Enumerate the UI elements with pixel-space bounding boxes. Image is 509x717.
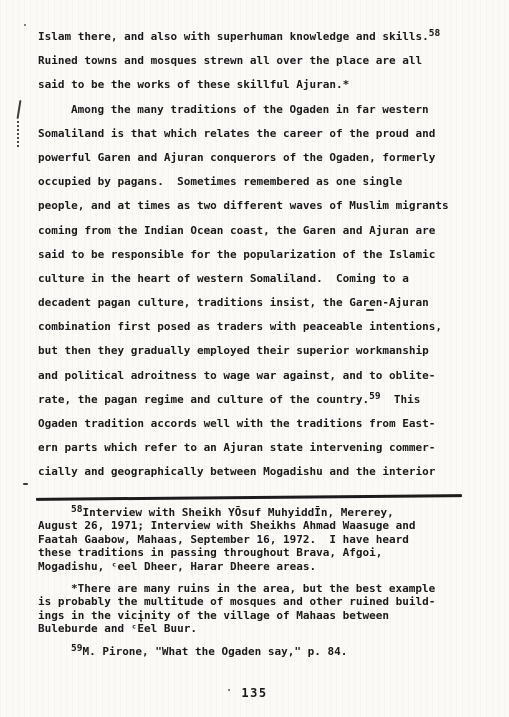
- footnote-ref: 59: [369, 391, 380, 402]
- text-line: Faatah Gaabow, Mahaas, September 16, 197…: [38, 533, 435, 546]
- text-line: culture in the heart of western Somalila…: [38, 267, 449, 291]
- text-line: Somaliland is that which relates the car…: [38, 122, 449, 146]
- body-text: Islam there, and also with superhuman kn…: [38, 25, 449, 485]
- footnote-ref: 58: [429, 28, 440, 39]
- footnote-ref: 58: [71, 504, 82, 515]
- text-line: coming from the Indian Ocean coast, the …: [38, 219, 449, 243]
- text-line: people, and at times as two different wa…: [38, 194, 449, 218]
- text-line: Buleburde and ᶜEel Buur.: [38, 622, 435, 635]
- text-line: these traditions in passing throughout B…: [38, 546, 435, 559]
- text-line: Among the many traditions of the Ogaden …: [38, 98, 449, 122]
- text-line: powerful Garen and Ajuran conquerors of …: [38, 146, 449, 170]
- text-line: Ogaden tradition accords well with the t…: [38, 412, 449, 436]
- scan-speck: [24, 24, 26, 26]
- text-line: *There are many ruins in the area, but t…: [38, 582, 435, 595]
- text-line: is probably the multitude of mosques and…: [38, 595, 435, 608]
- text-line: Islam there, and also with superhuman kn…: [38, 25, 449, 49]
- scan-speck: [23, 483, 28, 485]
- text-line: said to be responsible for the populariz…: [38, 243, 449, 267]
- footnotes: 58Interview with Sheikh YŌsuf MuhyiddĪn,…: [38, 506, 435, 667]
- text-line: 59M. Pirone, "What the Ogaden say," p. 8…: [38, 645, 435, 658]
- document-page: Islam there, and also with superhuman kn…: [0, 0, 509, 717]
- text-line: August 26, 1971; Interview with Sheikhs …: [38, 519, 435, 532]
- pencil-slash: [17, 100, 22, 119]
- footnote-58: 58Interview with Sheikh YŌsuf MuhyiddĪn,…: [38, 506, 435, 573]
- text-line: occupied by pagans. Sometimes remembered…: [38, 170, 449, 194]
- text-line: Ruined towns and mosques strewn all over…: [38, 49, 449, 73]
- page-number: 135: [0, 686, 509, 700]
- text-line: but then they gradually employed their s…: [38, 339, 449, 363]
- text-line: and political adroitness to wage war aga…: [38, 364, 449, 388]
- text-line: decadent pagan culture, traditions insis…: [38, 291, 449, 315]
- text-line: said to be the works of these skillful A…: [38, 73, 449, 97]
- text-line: combination first posed as traders with …: [38, 315, 449, 339]
- pencil-dotted-line: [17, 121, 19, 147]
- text-line: cially and geographically between Mogadi…: [38, 460, 449, 484]
- margin-pencil-mark: [14, 100, 26, 150]
- text-line: rate, the pagan regime and culture of th…: [38, 388, 449, 412]
- footnote-ref: 59: [71, 643, 82, 654]
- footnote-asterisk: *There are many ruins in the area, but t…: [38, 582, 435, 636]
- text-line: Mogadishu, ᶜeel Dheer, Harar Dheere area…: [38, 560, 435, 573]
- footnote-59: 59M. Pirone, "What the Ogaden say," p. 8…: [38, 645, 435, 658]
- text-line: 58Interview with Sheikh YŌsuf MuhyiddĪn,…: [38, 506, 435, 519]
- footnote-separator: [36, 494, 462, 501]
- text-line: ings in the vicinity of the village of M…: [38, 609, 435, 622]
- text-line: ern parts which refer to an Ajuran state…: [38, 436, 449, 460]
